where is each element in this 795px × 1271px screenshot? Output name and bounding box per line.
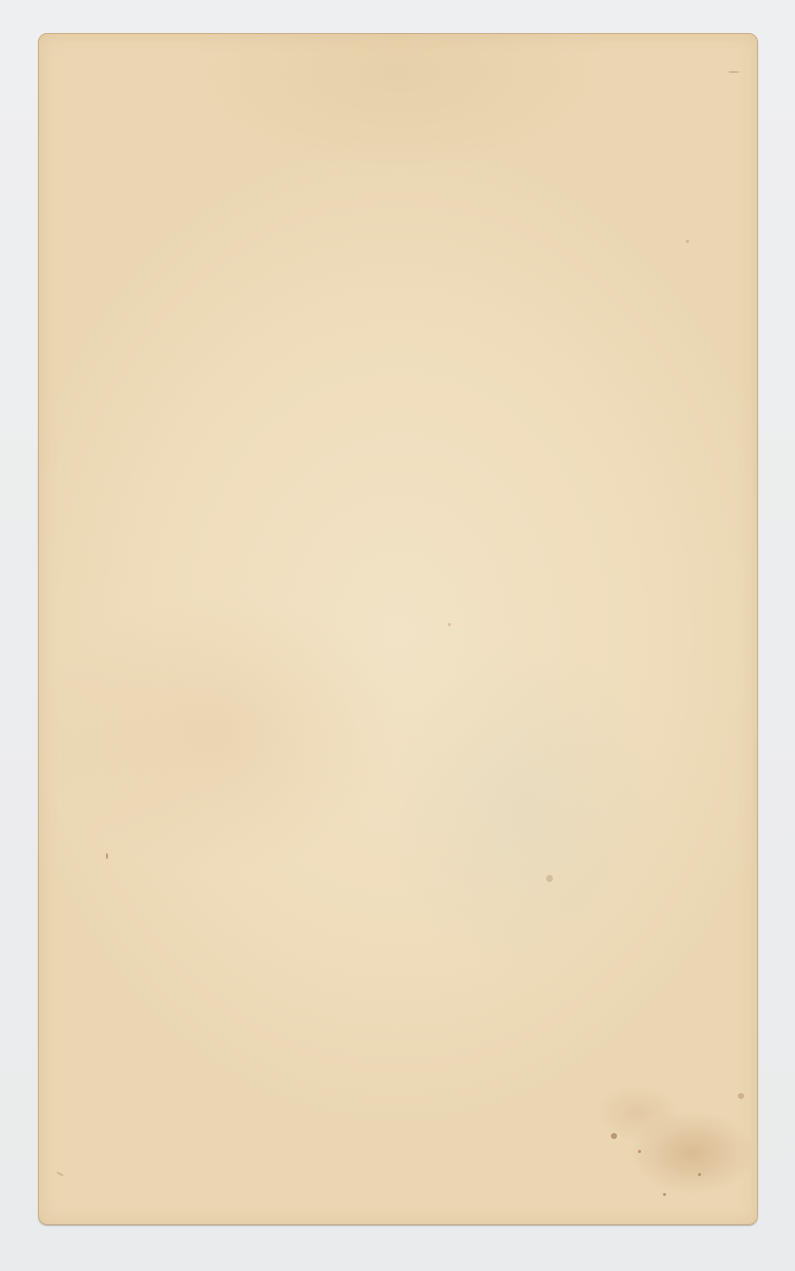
- foxing-spot: [611, 1133, 617, 1139]
- paper-card: [38, 33, 758, 1225]
- foxing-spot: [638, 1150, 641, 1153]
- foxing-spot: [738, 1093, 744, 1099]
- foxing-spot: [56, 1171, 64, 1177]
- foxing-spot: [448, 623, 451, 626]
- image-caption: Blank back of an antique paper card: [0, 0, 1, 1]
- foxing-spot: [698, 1173, 701, 1176]
- foxing-spot: [686, 240, 689, 243]
- scan-background: Blank back of an antique paper card: [0, 0, 795, 1271]
- foxing-spot: [546, 875, 553, 882]
- foxing-spot: [728, 71, 740, 73]
- foxing-spot: [663, 1193, 666, 1196]
- foxing-spot: [106, 853, 108, 859]
